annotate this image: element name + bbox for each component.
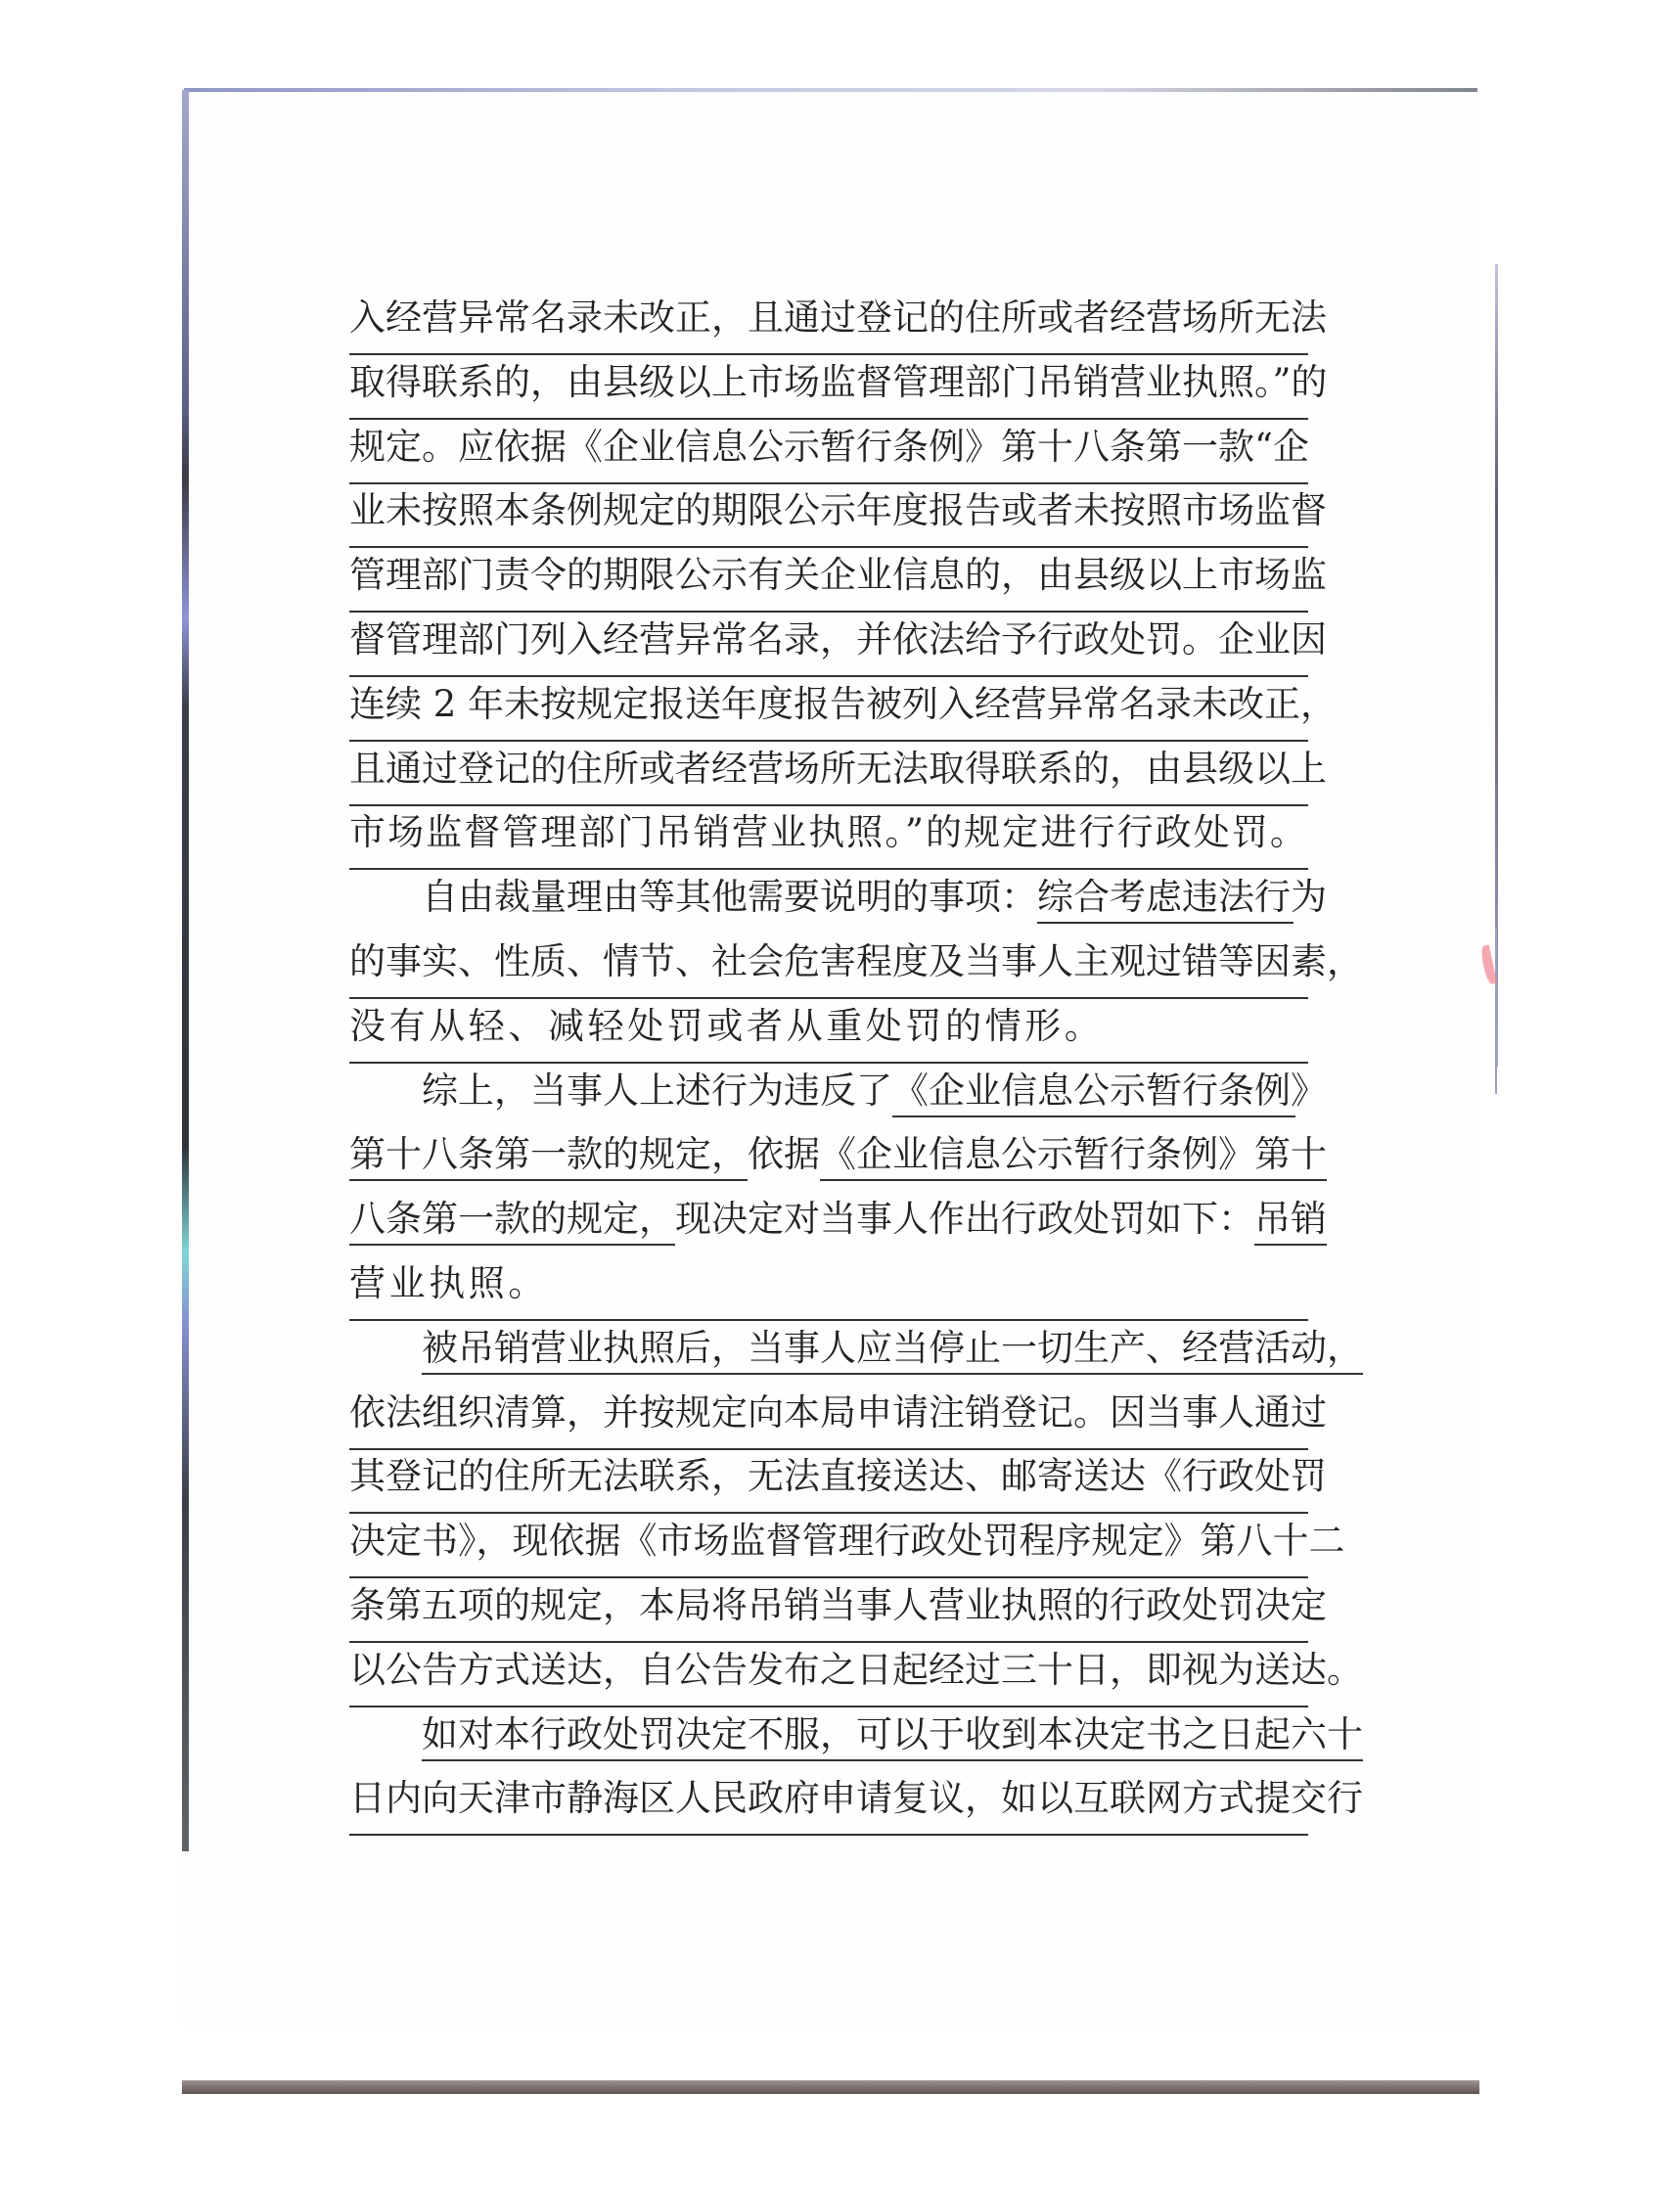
after-line: 以公告方式送达，自公告发布之日起经过三十日，即视为送达。	[349, 1646, 1308, 1707]
after-line: 决定书》，现依据《市场监督管理行政处罚程序规定》第八十二	[349, 1517, 1308, 1578]
text-line: 连续 2 年未按规定报送年度报告被列入经营异常名录未改正，	[349, 680, 1308, 742]
text-line: 且通过登记的住所或者经营场所无法取得联系的，由县级以上	[349, 745, 1308, 806]
conclusion-line-4: 营业执照。	[349, 1259, 1308, 1321]
text-line: 管理部门责令的期限公示有关企业信息的，由县级以上市场监	[349, 551, 1308, 613]
penalty-value: 吊销	[1254, 1195, 1327, 1246]
text-line: 业未按照本条例规定的期限公示年度报告或者未按照市场监督	[349, 486, 1308, 548]
after-line: 条第五项的规定，本局将吊销当事人营业执照的行政处罚决定	[349, 1581, 1308, 1643]
text-line: 督管理部门列入经营异常名录，并依法给予行政处罚。企业因	[349, 615, 1308, 677]
text-line: 市场监督管理部门吊销营业执照。”的规定进行行政处罚。	[349, 808, 1308, 870]
after-line-1: 被吊销营业执照后，当事人应当停止一切生产、经营活动，	[349, 1324, 1308, 1388]
text-line: 规定。应依据《企业信息公示暂行条例》第十八条第一款“企	[349, 423, 1308, 484]
conclusion-line-2: 第十八条第一款的规定，依据《企业信息公示暂行条例》第十	[349, 1130, 1308, 1195]
document-body: 入经营异常名录未改正，且通过登记的住所或者经营场所无法 取得联系的，由县级以上市…	[349, 294, 1308, 1839]
appeal-line-1: 如对本行政处罚决定不服，可以于收到本决定书之日起六十	[349, 1710, 1308, 1775]
after-line: 其登记的住所无法联系，无法直接送达、邮寄送达《行政处罚	[349, 1452, 1308, 1514]
page-edge-bottom	[182, 2080, 1479, 2094]
discretion-line-3: 没有从轻、减轻处罚或者从重处罚的情形。	[349, 1002, 1308, 1064]
text-line: 入经营异常名录未改正，且通过登记的住所或者经营场所无法	[349, 294, 1308, 355]
text-line: 取得联系的，由县级以上市场监督管理部门吊销营业执照。”的	[349, 358, 1308, 420]
after-line: 依法组织清算，并按规定向本局申请注销登记。因当事人通过	[349, 1388, 1308, 1450]
law-reference: 《企业信息公示暂行条例》	[892, 1067, 1295, 1117]
page-edge-right-lower	[1495, 928, 1497, 1094]
discretion-line-2: 的事实、性质、情节、社会危害程度及当事人主观过错等因素，	[349, 937, 1308, 999]
appeal-line-2: 日内向天津市静海区人民政府申请复议，如以互联网方式提交行	[349, 1774, 1308, 1836]
discretion-value: 综合考虑违法行为	[1037, 873, 1294, 924]
conclusion-line-1: 综上，当事人上述行为违反了《企业信息公示暂行条例》	[349, 1067, 1308, 1131]
page-edge-left	[182, 90, 189, 1851]
conclusion-line-3: 八条第一款的规定，现决定对当事人作出行政处罚如下：吊销	[349, 1195, 1308, 1259]
discretion-line-1: 自由裁量理由等其他需要说明的事项：综合考虑违法行为	[349, 873, 1308, 937]
discretion-label: 自由裁量理由等其他需要说明的事项：	[422, 876, 1037, 918]
page-edge-top	[184, 88, 1477, 92]
